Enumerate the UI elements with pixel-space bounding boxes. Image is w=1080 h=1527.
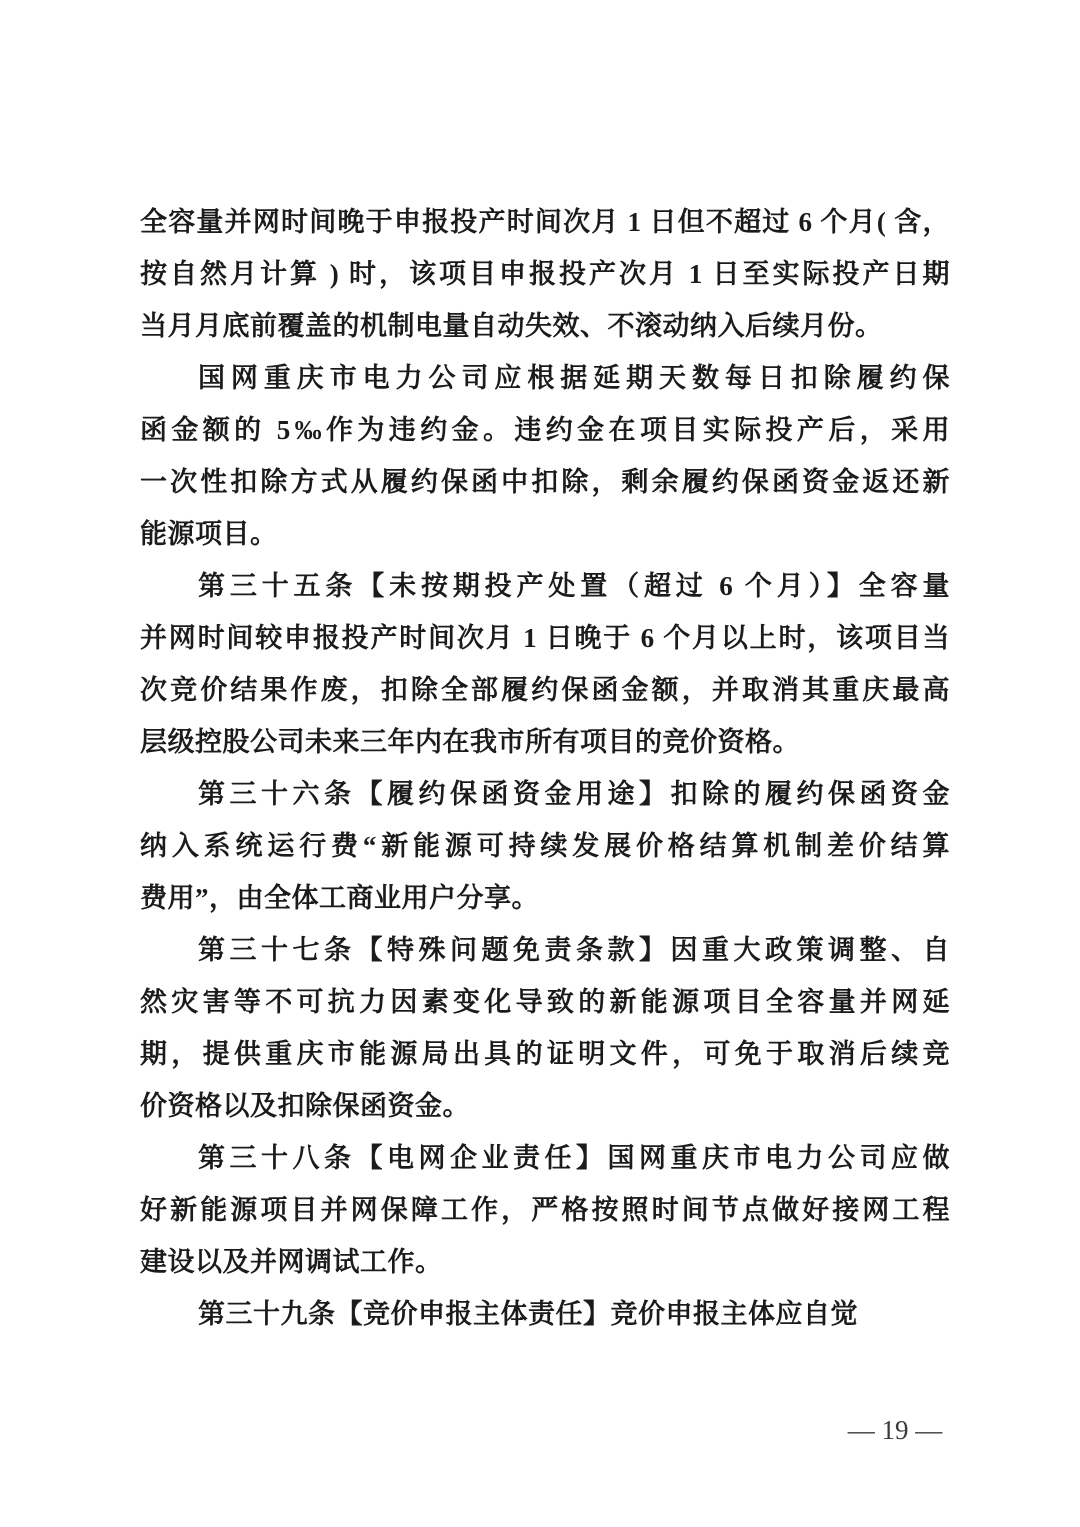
text-line: 能源项目。: [140, 508, 950, 560]
text-line: 层级控股公司未来三年内在我市所有项目的竞价资格。: [140, 716, 950, 768]
text-line: 全容量并网时间晚于申报投产时间次月 1 日但不超过 6 个月( 含，: [140, 196, 950, 248]
text-line: 并网时间较申报投产时间次月 1 日晚于 6 个月以上时，该项目当: [140, 612, 950, 664]
text-line: 第三十九条【竞价申报主体责任】竞价申报主体应自觉: [140, 1288, 950, 1340]
text-line: 第三十七条【特殊问题免责条款】因重大政策调整、自: [140, 924, 950, 976]
text-line: 国网重庆市电力公司应根据延期天数每日扣除履约保: [140, 352, 950, 404]
text-line: 好新能源项目并网保障工作，严格按照时间节点做好接网工程: [140, 1184, 950, 1236]
text-line: 函金额的 5‰作为违约金。违约金在项目实际投产后，采用: [140, 404, 950, 456]
text-line: 纳入系统运行费“新能源可持续发展价格结算机制差价结算: [140, 820, 950, 872]
text-line: 建设以及并网调试工作。: [140, 1236, 950, 1288]
text-line: 然灾害等不可抗力因素变化导致的新能源项目全容量并网延: [140, 976, 950, 1028]
text-line: 费用”，由全体工商业用户分享。: [140, 872, 950, 924]
text-line: 第三十五条【未按期投产处置（超过 6 个月）】全容量: [140, 560, 950, 612]
text-line: 价资格以及扣除保函资金。: [140, 1080, 950, 1132]
text-line: 次竞价结果作废，扣除全部履约保函金额，并取消其重庆最高: [140, 664, 950, 716]
page-number: — 19 —: [790, 1408, 1000, 1452]
document-page: 全容量并网时间晚于申报投产时间次月 1 日但不超过 6 个月( 含，按自然月计算…: [0, 0, 1080, 1527]
text-line: 当月月底前覆盖的机制电量自动失效、不滚动纳入后续月份。: [140, 300, 950, 352]
text-block: 全容量并网时间晚于申报投产时间次月 1 日但不超过 6 个月( 含，按自然月计算…: [140, 196, 950, 1340]
text-line: 第三十八条【电网企业责任】国网重庆市电力公司应做: [140, 1132, 950, 1184]
text-line: 期，提供重庆市能源局出具的证明文件，可免于取消后续竞: [140, 1028, 950, 1080]
text-line: 第三十六条【履约保函资金用途】扣除的履约保函资金: [140, 768, 950, 820]
text-line: 按自然月计算 ) 时，该项目申报投产次月 1 日至实际投产日期: [140, 248, 950, 300]
text-line: 一次性扣除方式从履约保函中扣除，剩余履约保函资金返还新: [140, 456, 950, 508]
